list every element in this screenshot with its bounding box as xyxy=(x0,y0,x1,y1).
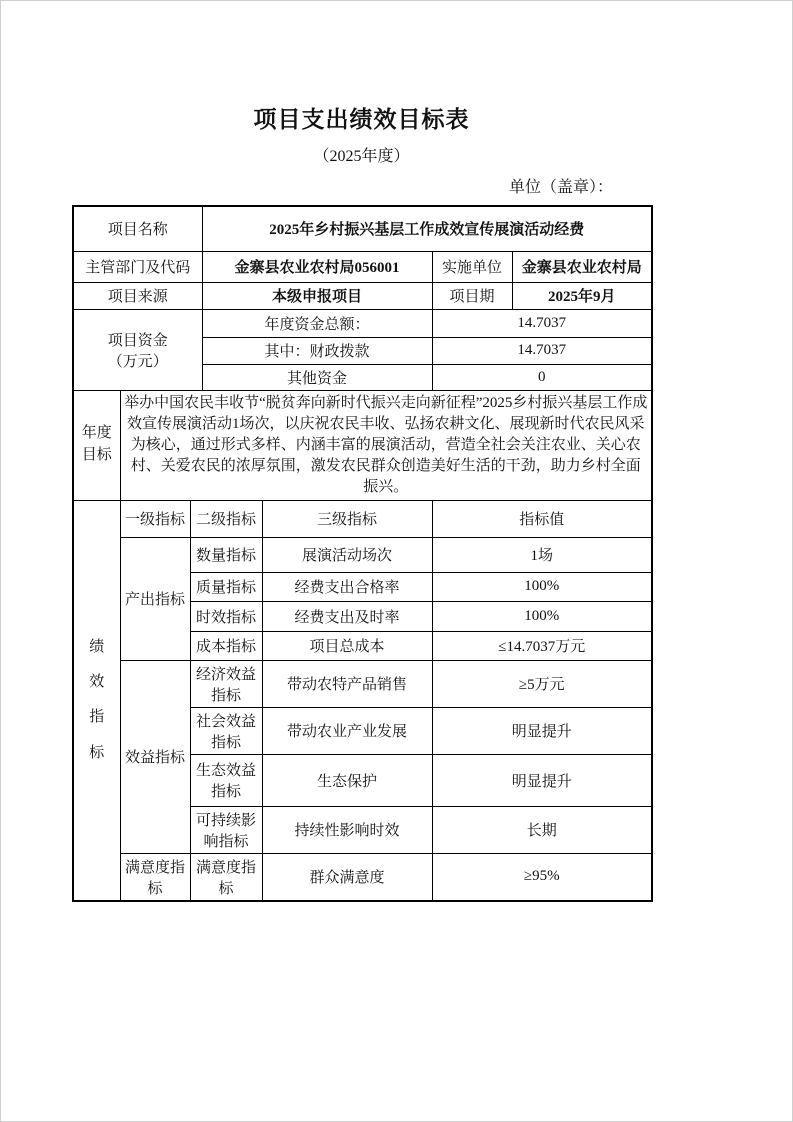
cell-value-satisfaction: ≥95% xyxy=(432,853,652,901)
cell-group-output-label: 产出指标 xyxy=(120,537,190,660)
cell-l2-satisfaction: 满意度指标 xyxy=(190,853,262,901)
performance-target-table: 项目名称 2025年乡村振兴基层工作成效宣传展演活动经费 主管部门及代码 金寨县… xyxy=(72,205,653,902)
cell-l3-quantity: 展演活动场次 xyxy=(262,537,432,572)
row-project-name: 项目名称 2025年乡村振兴基层工作成效宣传展演活动经费 xyxy=(73,206,652,251)
page-title: 项目支出绩效目标表 xyxy=(72,101,651,134)
cell-header-level1: 一级指标 xyxy=(120,500,190,537)
row-funds-total: 项目资金 （万元） 年度资金总额： 14.7037 xyxy=(73,309,652,337)
cell-funds-label: 项目资金 （万元） xyxy=(73,309,202,390)
cell-group-benefit-label: 效益指标 xyxy=(120,660,190,853)
cell-l2-cost: 成本指标 xyxy=(190,631,262,660)
cell-period-value: 2025年9月 xyxy=(512,282,652,309)
cell-funds-total-value: 14.7037 xyxy=(432,309,652,337)
cell-l2-ecological: 生态效益指标 xyxy=(190,754,262,806)
cell-l3-sustainability: 持续性影响时效 xyxy=(262,806,432,853)
row-source: 项目来源 本级申报项目 项目期 2025年9月 xyxy=(73,282,652,309)
cell-header-level3: 三级指标 xyxy=(262,500,432,537)
cell-funds-other-label: 其他资金 xyxy=(202,364,432,390)
cell-l2-quantity: 数量指标 xyxy=(190,537,262,572)
row-indicator-quantity: 产出指标 数量指标 展演活动场次 1场 xyxy=(73,537,652,572)
cell-l2-social: 社会效益指标 xyxy=(190,707,262,754)
cell-l2-economic: 经济效益指标 xyxy=(190,660,262,707)
cell-value-social: 明显提升 xyxy=(432,707,652,754)
unit-seal-label: 单位（盖章）： xyxy=(72,174,651,197)
cell-l3-cost: 项目总成本 xyxy=(262,631,432,660)
cell-l2-timeliness: 时效指标 xyxy=(190,601,262,631)
cell-source-label: 项目来源 xyxy=(73,282,202,309)
cell-value-economic: ≥5万元 xyxy=(432,660,652,707)
cell-l3-ecological: 生态保护 xyxy=(262,754,432,806)
document-page: 项目支出绩效目标表 （2025年度） 单位（盖章）： 项目名称 2025年乡村振… xyxy=(0,0,793,1122)
cell-value-timeliness: 100% xyxy=(432,601,652,631)
cell-dept-value: 金寨县农业农村局056001 xyxy=(202,251,432,282)
cell-value-sustainability: 长期 xyxy=(432,806,652,853)
cell-funds-other-value: 0 xyxy=(432,364,652,390)
cell-impl-unit-label: 实施单位 xyxy=(432,251,512,282)
page-subtitle: （2025年度） xyxy=(72,143,651,166)
cell-period-label: 项目期 xyxy=(432,282,512,309)
cell-l3-quality: 经费支出合格率 xyxy=(262,572,432,601)
cell-l3-social: 带动农业产业发展 xyxy=(262,707,432,754)
cell-l2-quality: 质量指标 xyxy=(190,572,262,601)
cell-value-ecological: 明显提升 xyxy=(432,754,652,806)
row-indicator-economic: 效益指标 经济效益指标 带动农特产品销售 ≥5万元 xyxy=(73,660,652,707)
cell-project-name-value: 2025年乡村振兴基层工作成效宣传展演活动经费 xyxy=(202,206,652,251)
cell-source-value: 本级申报项目 xyxy=(202,282,432,309)
row-annual-goal: 年度目标 举办中国农民丰收节“脱贫奔向新时代振兴走向新征程”2025乡村振兴基层… xyxy=(73,390,652,500)
cell-header-level2: 二级指标 xyxy=(190,500,262,537)
cell-funds-fiscal-value: 14.7037 xyxy=(432,337,652,364)
cell-l3-economic: 带动农特产品销售 xyxy=(262,660,432,707)
cell-performance-section-label: 绩效指标 xyxy=(73,500,120,901)
cell-dept-label: 主管部门及代码 xyxy=(73,251,202,282)
cell-header-value: 指标值 xyxy=(432,500,652,537)
row-indicator-header: 绩效指标 一级指标 二级指标 三级指标 指标值 xyxy=(73,500,652,537)
cell-value-quantity: 1场 xyxy=(432,537,652,572)
annual-goal-label-text: 年度目标 xyxy=(81,423,113,467)
cell-annual-goal-text: 举办中国农民丰收节“脱贫奔向新时代振兴走向新征程”2025乡村振兴基层工作成效宣… xyxy=(120,390,652,500)
row-dept: 主管部门及代码 金寨县农业农村局056001 实施单位 金寨县农业农村局 xyxy=(73,251,652,282)
performance-section-label-text: 绩效指标 xyxy=(88,630,105,771)
cell-impl-unit-value: 金寨县农业农村局 xyxy=(512,251,652,282)
cell-l3-satisfaction: 群众满意度 xyxy=(262,853,432,901)
cell-funds-total-label: 年度资金总额： xyxy=(202,309,432,337)
document-body: 项目支出绩效目标表 （2025年度） 单位（盖章）： 项目名称 2025年乡村振… xyxy=(72,101,651,902)
cell-group-satisfaction-label: 满意度指标 xyxy=(120,853,190,901)
cell-value-quality: 100% xyxy=(432,572,652,601)
cell-value-cost: ≤14.7037万元 xyxy=(432,631,652,660)
cell-l2-sustainability: 可持续影响指标 xyxy=(190,806,262,853)
cell-l3-timeliness: 经费支出及时率 xyxy=(262,601,432,631)
cell-project-name-label: 项目名称 xyxy=(73,206,202,251)
row-indicator-satisfaction: 满意度指标 满意度指标 群众满意度 ≥95% xyxy=(73,853,652,901)
cell-annual-goal-label: 年度目标 xyxy=(73,390,120,500)
cell-funds-fiscal-label: 其中：财政拨款 xyxy=(202,337,432,364)
